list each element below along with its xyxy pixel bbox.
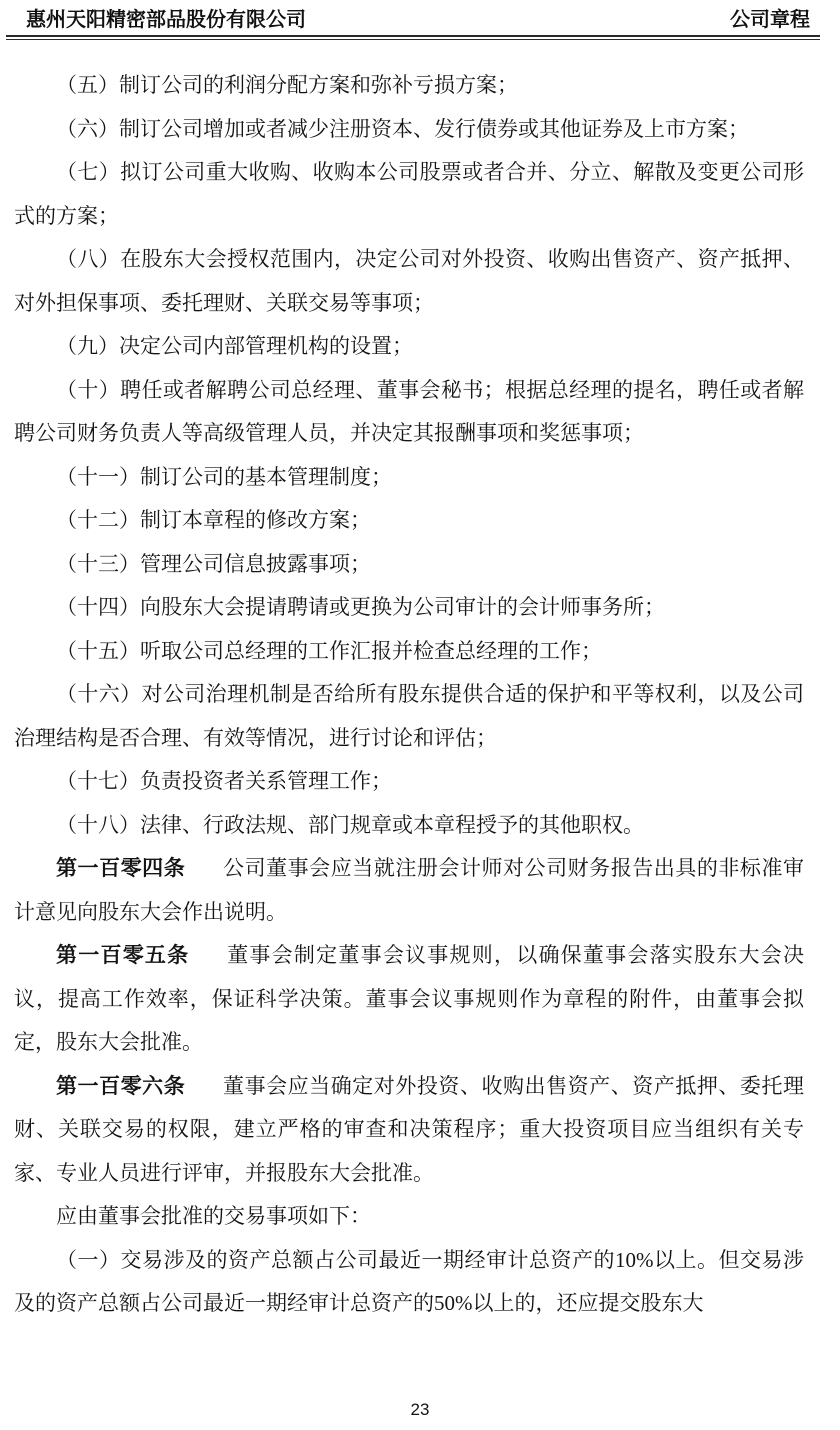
article-paragraph: 第一百零五条董事会制定董事会议事规则，以确保董事会落实股东大会决议，提高工作效率… — [14, 934, 804, 1065]
lead-in-paragraph: 应由董事会批准的交易事项如下： — [14, 1195, 804, 1239]
clause-text: （十七）负责投资者关系管理工作； — [56, 769, 392, 793]
lead-in-text: 应由董事会批准的交易事项如下： — [56, 1204, 371, 1228]
clause-text: （十三）管理公司信息披露事项； — [56, 552, 371, 576]
clause-text: （十八）法律、行政法规、部门规章或本章程授予的其他职权。 — [56, 813, 644, 837]
page-header: 惠州天阳精密部品股份有限公司 公司章程 — [0, 0, 840, 33]
clause-paragraph: （十五）听取公司总经理的工作汇报并检查总经理的工作； — [14, 630, 804, 674]
page-number: 23 — [411, 1400, 430, 1419]
header-doc-title: 公司章程 — [730, 7, 810, 33]
clause-text: （五）制订公司的利润分配方案和弥补亏损方案； — [56, 73, 518, 97]
clause-paragraph: （十二）制订本章程的修改方案； — [14, 499, 804, 543]
clause-paragraph: （一）交易涉及的资产总额占公司最近一期经审计总资产的10%以上。但交易涉及的资产… — [14, 1239, 804, 1326]
clause-paragraph: （十八）法律、行政法规、部门规章或本章程授予的其他职权。 — [14, 804, 804, 848]
clause-paragraph: （十一）制订公司的基本管理制度； — [14, 456, 804, 500]
article-number: 第一百零四条 — [56, 856, 185, 880]
clause-text: （八）在股东大会授权范围内，决定公司对外投资、收购出售资产、资产抵押、对外担保事… — [14, 247, 804, 315]
clause-paragraph: （十）聘任或者解聘公司总经理、董事会秘书；根据总经理的提名，聘任或者解聘公司财务… — [14, 369, 804, 456]
article-paragraph: 第一百零四条公司董事会应当就注册会计师对公司财务报告出具的非标准审计意见向股东大… — [14, 847, 804, 934]
clause-paragraph: （六）制订公司增加或者减少注册资本、发行债券或其他证券及上市方案； — [14, 108, 804, 152]
page-footer: 23 — [0, 1400, 840, 1420]
clause-paragraph: （十四）向股东大会提请聘请或更换为公司审计的会计师事务所； — [14, 586, 804, 630]
clause-text: （一）交易涉及的资产总额占公司最近一期经审计总资产的10%以上。但交易涉及的资产… — [14, 1248, 804, 1316]
clause-paragraph: （十七）负责投资者关系管理工作； — [14, 760, 804, 804]
clause-paragraph: （七）拟订公司重大收购、收购本公司股票或者合并、分立、解散及变更公司形式的方案； — [14, 151, 804, 238]
clause-text: （十一）制订公司的基本管理制度； — [56, 465, 392, 489]
clause-text: （七）拟订公司重大收购、收购本公司股票或者合并、分立、解散及变更公司形式的方案； — [14, 160, 804, 228]
clause-text: （十四）向股东大会提请聘请或更换为公司审计的会计师事务所； — [56, 595, 665, 619]
clause-text: （十六）对公司治理机制是否给所有股东提供合适的保护和平等权利，以及公司治理结构是… — [14, 682, 804, 750]
document-body: （五）制订公司的利润分配方案和弥补亏损方案； （六）制订公司增加或者减少注册资本… — [0, 40, 840, 1326]
article-number: 第一百零五条 — [56, 943, 189, 967]
clause-paragraph: （九）决定公司内部管理机构的设置； — [14, 325, 804, 369]
clause-text: （十）聘任或者解聘公司总经理、董事会秘书；根据总经理的提名，聘任或者解聘公司财务… — [14, 378, 804, 446]
article-paragraph: 第一百零六条董事会应当确定对外投资、收购出售资产、资产抵押、委托理财、关联交易的… — [14, 1065, 804, 1196]
header-company-name: 惠州天阳精密部品股份有限公司 — [26, 7, 306, 33]
clause-text: （十五）听取公司总经理的工作汇报并检查总经理的工作； — [56, 639, 602, 663]
document-page: 惠州天阳精密部品股份有限公司 公司章程 （五）制订公司的利润分配方案和弥补亏损方… — [0, 0, 840, 1430]
clause-text: （六）制订公司增加或者减少注册资本、发行债券或其他证券及上市方案； — [56, 117, 749, 141]
clause-paragraph: （十三）管理公司信息披露事项； — [14, 543, 804, 587]
article-number: 第一百零六条 — [56, 1074, 185, 1098]
clause-text: （十二）制订本章程的修改方案； — [56, 508, 371, 532]
clause-paragraph: （十六）对公司治理机制是否给所有股东提供合适的保护和平等权利，以及公司治理结构是… — [14, 673, 804, 760]
clause-paragraph: （八）在股东大会授权范围内，决定公司对外投资、收购出售资产、资产抵押、对外担保事… — [14, 238, 804, 325]
clause-text: （九）决定公司内部管理机构的设置； — [56, 334, 413, 358]
clause-paragraph: （五）制订公司的利润分配方案和弥补亏损方案； — [14, 64, 804, 108]
